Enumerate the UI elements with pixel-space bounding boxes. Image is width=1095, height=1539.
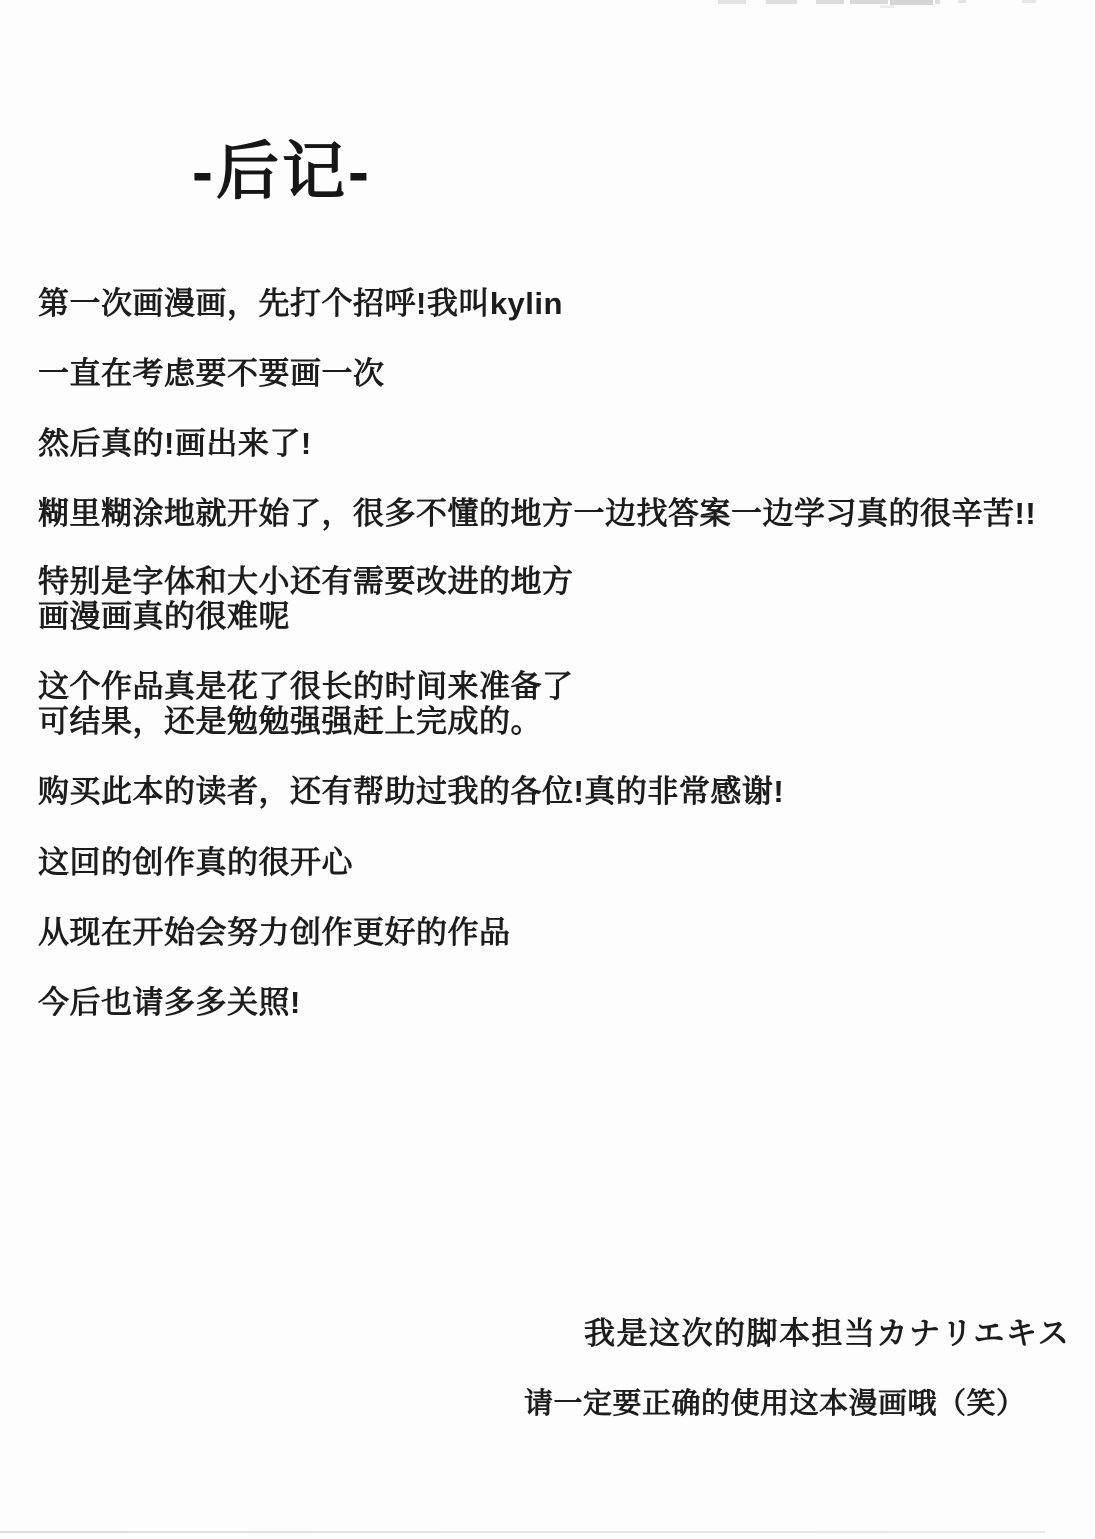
scan-artifact-dash	[816, 0, 844, 4]
body-line-regards: 今后也请多多关照!	[38, 986, 301, 1020]
body-line-font-size: 特别是字体和大小还有需要改进的地方	[38, 565, 574, 599]
body-line-thanks-readers: 购买此本的读者，还有帮助过我的各位!真的非常感谢!	[38, 775, 784, 809]
body-line-manga-hard: 画漫画真的很难呢	[38, 600, 290, 634]
scan-artifact-dash	[890, 0, 933, 5]
scan-artifact-dash	[766, 0, 797, 4]
scan-artifact-dash	[718, 0, 746, 4]
body-line-long-prep: 这个作品真是花了很长的时间来准备了	[38, 670, 574, 704]
footer-note-line: 请一定要正确的使用这本漫画哦（笑）	[524, 1389, 1026, 1421]
footer-credit-line: 我是这次的脚本担当カナリエキス	[584, 1317, 1070, 1351]
body-line-greeting: 第一次画漫画，先打个招呼!我叫kylin	[38, 287, 563, 321]
scan-artifact-dash	[880, 5, 894, 8]
scan-artifact-dash	[958, 0, 966, 3]
body-line-better-works: 从现在开始会努力创作更好的作品	[38, 916, 511, 950]
scan-artifact-dash	[935, 0, 940, 4]
body-line-drew-it: 然后真的!画出来了!	[38, 427, 312, 461]
body-line-happy-creation: 这回的创作真的很开心	[38, 846, 353, 880]
scan-artifact-dash	[850, 0, 888, 4]
page-bottom-edge	[0, 1531, 1045, 1533]
body-line-considering: 一直在考虑要不要画一次	[38, 357, 385, 391]
afterword-page: -后记- 第一次画漫画，先打个招呼!我叫kylin 一直在考虑要不要画一次 然后…	[0, 0, 1095, 1539]
scan-artifact-dash	[1022, 0, 1036, 3]
body-line-hard-learning: 糊里糊涂地就开始了，很多不懂的地方一边找答案一边学习真的很辛苦!!	[38, 497, 1036, 531]
page-title: -后记-	[192, 138, 372, 207]
body-line-barely-finished: 可结果，还是勉勉强强赶上完成的。	[38, 705, 542, 739]
